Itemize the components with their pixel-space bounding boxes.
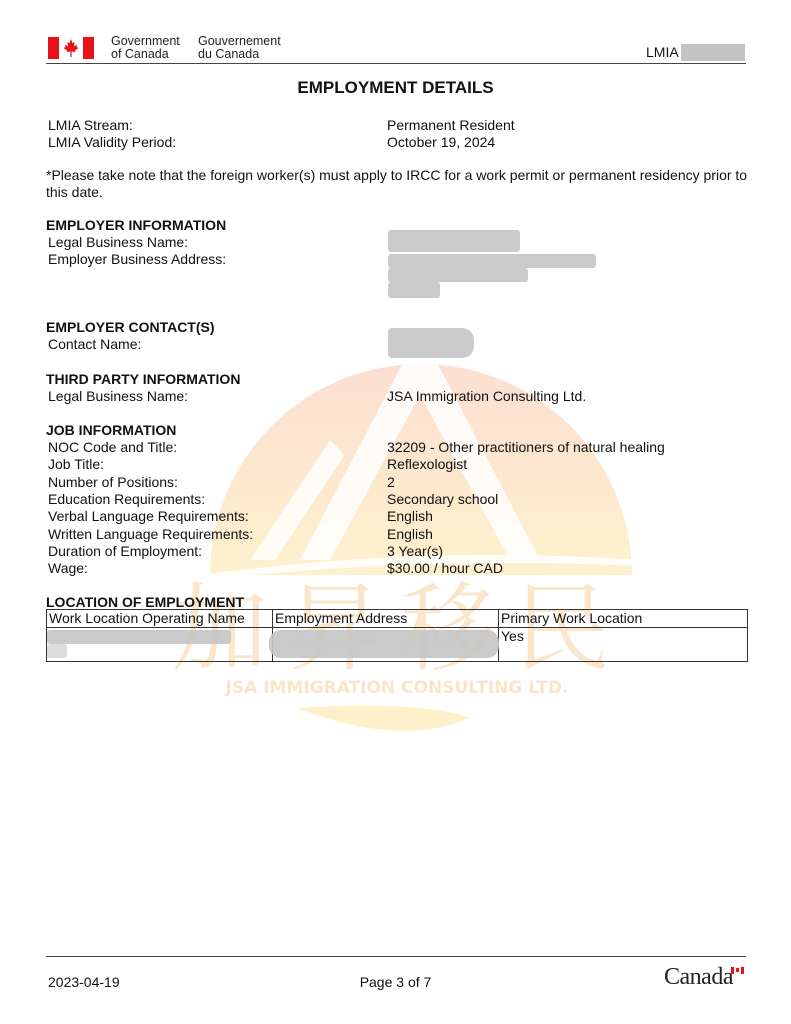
employer-contacts-heading: EMPLOYER CONTACT(S)	[46, 319, 215, 336]
validity-note: *Please take note that the foreign worke…	[46, 167, 751, 201]
lmia-stream-label: LMIA Stream:	[48, 117, 133, 134]
wage-label: Wage:	[48, 560, 88, 577]
government-of-canada-wordmark: Government of Canada	[111, 35, 180, 61]
redacted-operating-name-line2	[47, 644, 67, 658]
col-employment-address: Employment Address	[273, 610, 499, 628]
contact-name-label: Contact Name:	[48, 336, 141, 353]
table-row: Yes	[47, 628, 748, 662]
verbal-language-label: Verbal Language Requirements:	[48, 508, 249, 525]
redacted-operating-name	[47, 630, 231, 644]
cell-operating-name	[47, 628, 273, 662]
third-party-name-label: Legal Business Name:	[48, 388, 188, 405]
canada-wordmark: Canada	[664, 964, 733, 991]
third-party-heading: THIRD PARTY INFORMATION	[46, 371, 240, 388]
gov-en-line2: of Canada	[111, 48, 180, 61]
duration-of-employment-value: 3 Year(s)	[387, 543, 443, 560]
header-divider	[46, 63, 746, 64]
noc-code-label: NOC Code and Title:	[48, 439, 177, 456]
lmia-stream-value: Permanent Resident	[387, 117, 515, 134]
legal-business-name-label: Legal Business Name:	[48, 234, 188, 251]
employer-address-label: Employer Business Address:	[48, 251, 226, 268]
col-primary-location: Primary Work Location	[499, 610, 748, 628]
redacted-business-address-line2	[388, 268, 528, 282]
education-requirements-value: Secondary school	[387, 491, 498, 508]
redacted-employment-address	[269, 630, 499, 658]
verbal-language-value: English	[387, 508, 433, 525]
redacted-contact-name	[388, 328, 474, 358]
employer-information-heading: EMPLOYER INFORMATION	[46, 217, 226, 234]
number-of-positions-label: Number of Positions:	[48, 474, 178, 491]
job-information-heading: JOB INFORMATION	[46, 422, 176, 439]
gov-fr-line2: du Canada	[198, 48, 281, 61]
svg-text:JSA IMMIGRATION CONSULTING LTD: JSA IMMIGRATION CONSULTING LTD.	[225, 678, 569, 698]
location-table: Work Location Operating Name Employment …	[46, 609, 748, 662]
job-title-value: Reflexologist	[387, 456, 467, 473]
duration-of-employment-label: Duration of Employment:	[48, 543, 202, 560]
written-language-value: English	[387, 526, 433, 543]
cell-primary-location: Yes	[499, 628, 748, 662]
noc-code-value: 32209 - Other practitioners of natural h…	[387, 439, 665, 456]
canada-flag-icon	[48, 37, 94, 59]
redacted-business-address-line3	[388, 282, 440, 298]
wage-value: $30.00 / hour CAD	[387, 560, 503, 577]
third-party-name-value: JSA Immigration Consulting Ltd.	[387, 388, 586, 405]
redacted-business-name	[388, 230, 520, 252]
redacted-business-address	[388, 254, 596, 268]
page-title: EMPLOYMENT DETAILS	[0, 78, 791, 98]
job-title-label: Job Title:	[48, 456, 104, 473]
lmia-validity-label: LMIA Validity Period:	[48, 134, 176, 151]
cell-employment-address	[273, 628, 499, 662]
lmia-reference-label: LMIA	[646, 44, 679, 60]
col-operating-name: Work Location Operating Name	[47, 610, 273, 628]
canada-wordmark-flag-icon	[731, 967, 744, 974]
footer-divider	[46, 956, 746, 957]
written-language-label: Written Language Requirements:	[48, 526, 253, 543]
redacted-lmia-number	[681, 44, 745, 61]
number-of-positions-value: 2	[387, 474, 395, 491]
education-requirements-label: Education Requirements:	[48, 491, 205, 508]
lmia-validity-value: October 19, 2024	[387, 134, 495, 151]
gouvernement-du-canada-wordmark: Gouvernement du Canada	[198, 35, 281, 61]
